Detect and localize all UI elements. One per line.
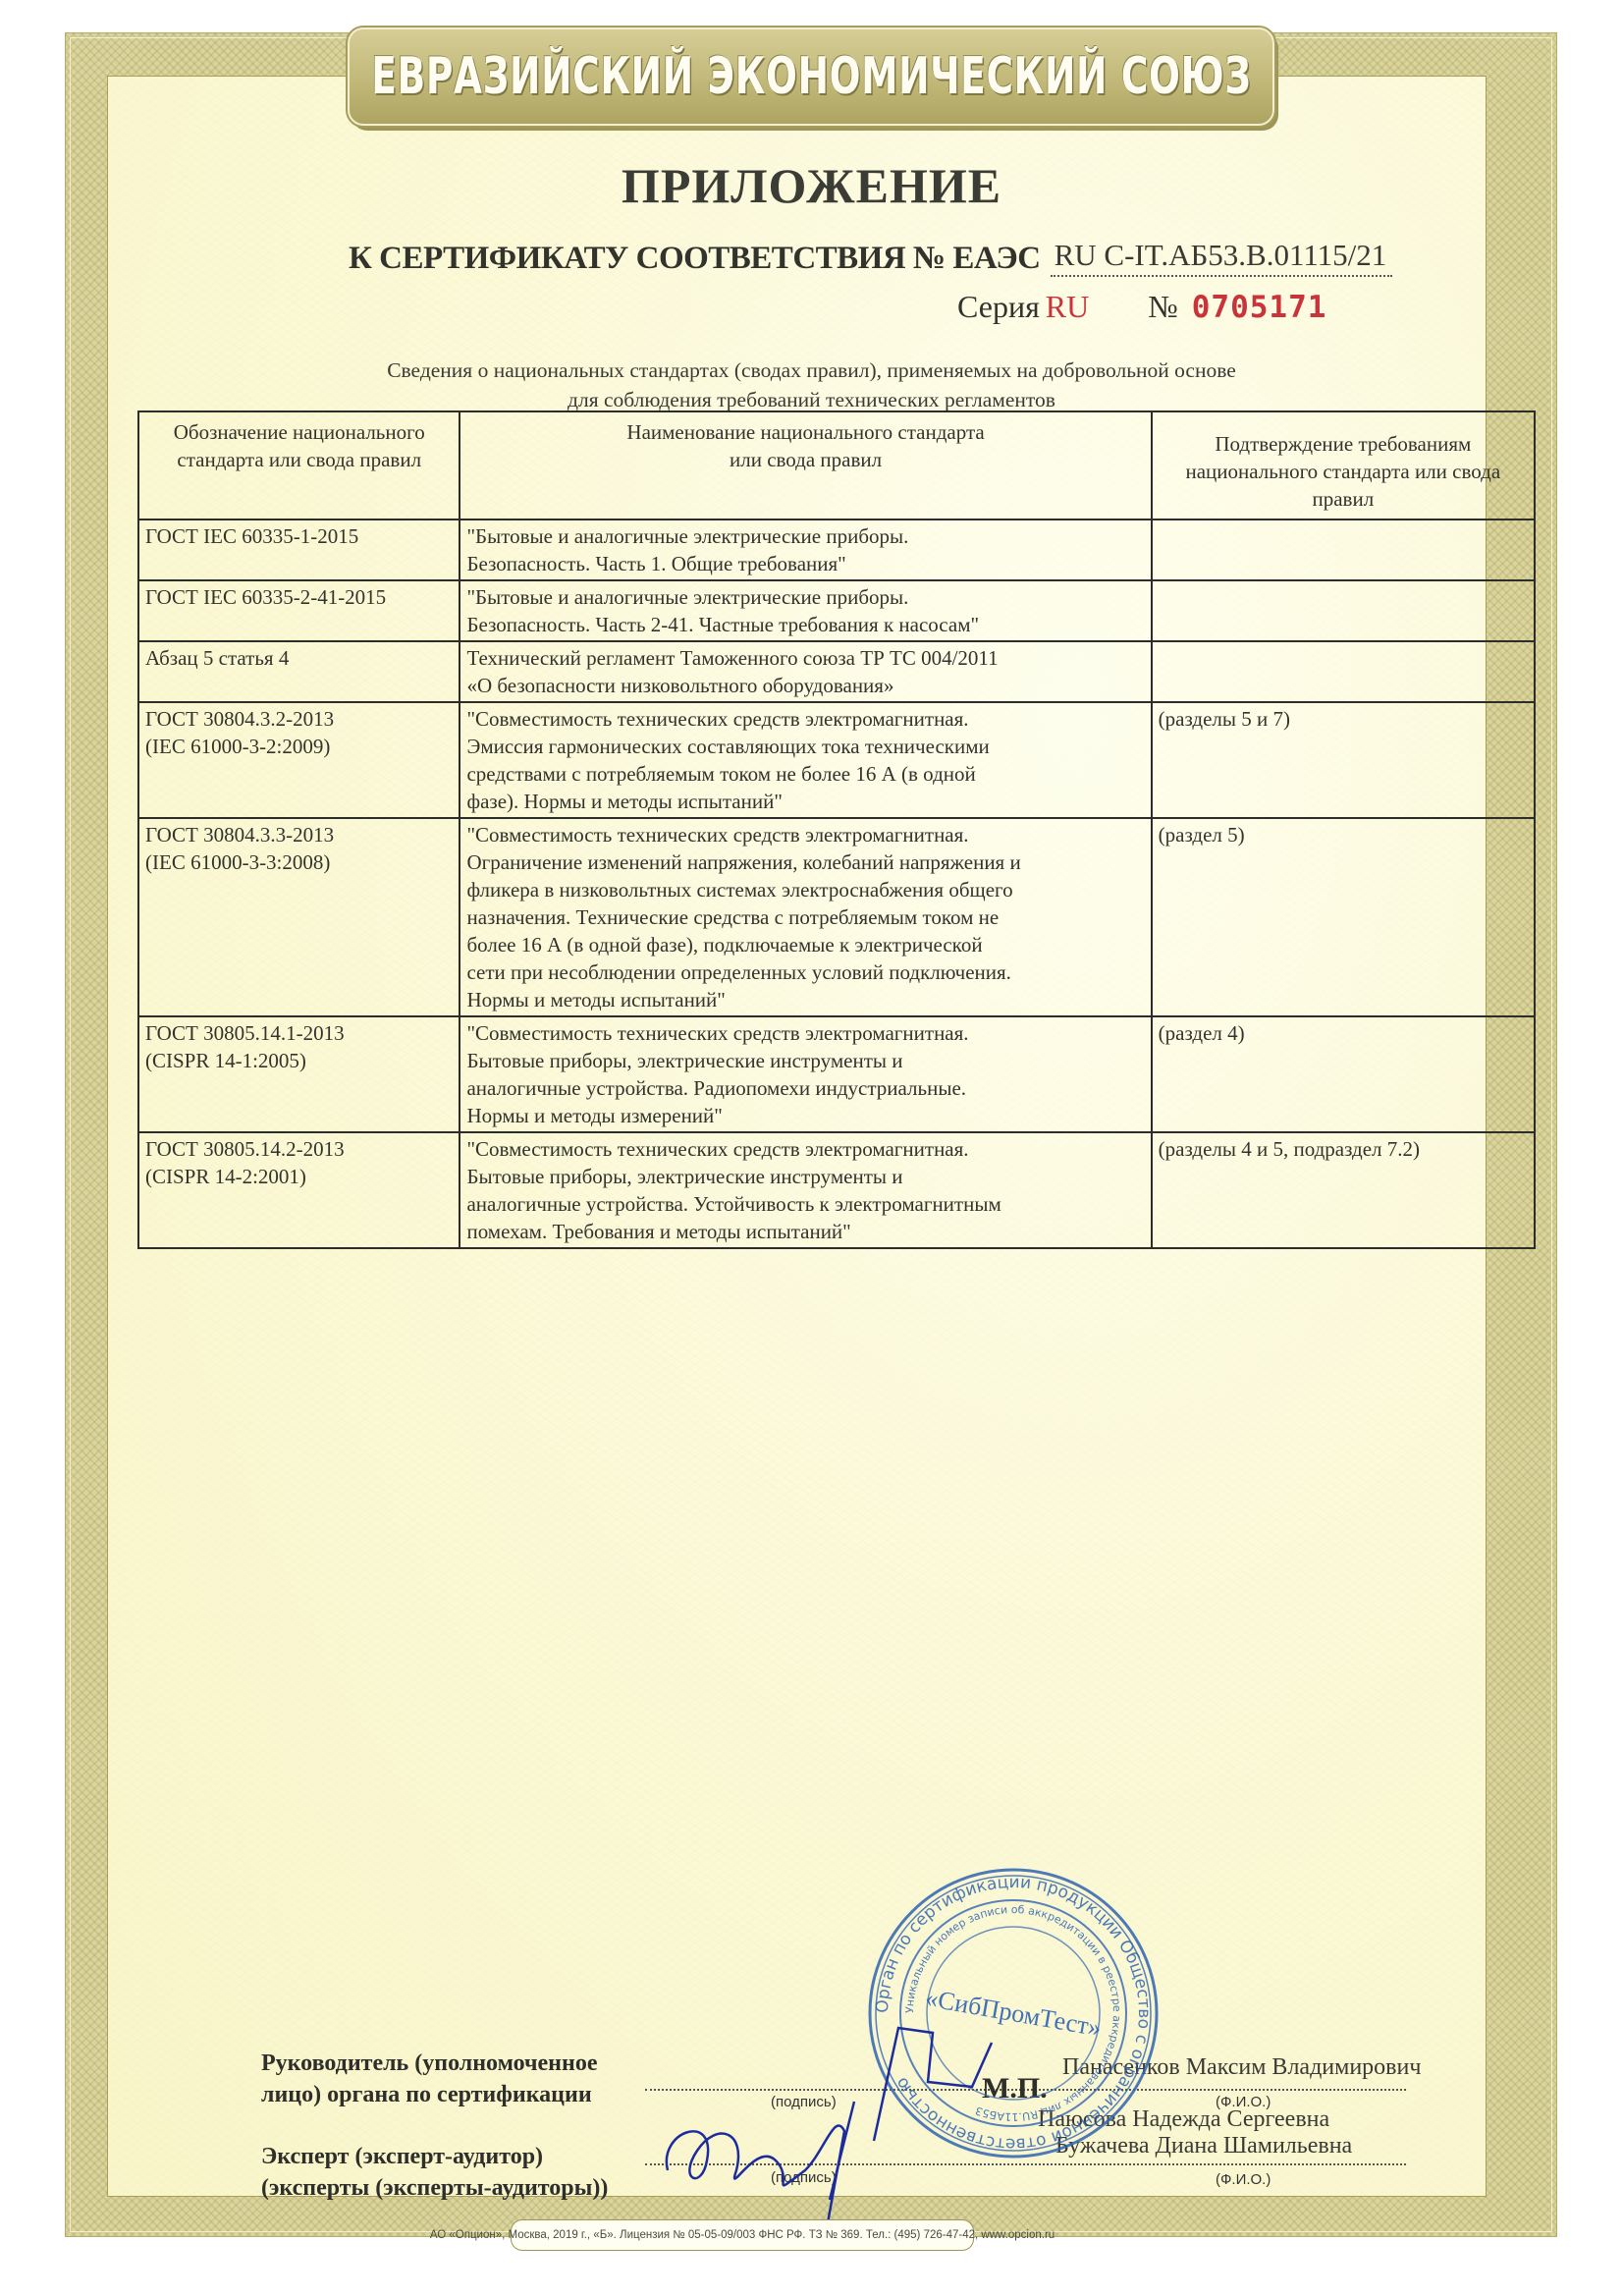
table-row: ГОСТ 30805.14.2-2013(CISPR 14-2:2001)"Со… — [138, 1132, 1535, 1248]
standards-table: Обозначение национального стандарта или … — [137, 410, 1536, 1249]
cell-designation: ГОСТ IEC 60335-1-2015 — [138, 519, 460, 580]
table-header-row: Обозначение национального стандарта или … — [138, 411, 1535, 519]
union-banner: ЕВРАЗИЙСКИЙ ЭКОНОМИЧЕСКИЙ СОЮЗ — [348, 27, 1274, 126]
head-label-line-1: Руководитель (уполномоченное — [261, 2048, 598, 2079]
head-label: Руководитель (уполномоченное лицо) орган… — [261, 2048, 598, 2110]
expert-label-line-2: (эксперты (эксперты-аудиторы)) — [261, 2172, 608, 2204]
number-sign: № — [1148, 289, 1178, 325]
series-value: RU — [1046, 289, 1089, 325]
cell-confirmation: (раздел 5) — [1152, 818, 1535, 1016]
intro-line-1: Сведения о национальных стандартах (свод… — [0, 355, 1623, 385]
series-label: Серия — [957, 289, 1040, 325]
cell-confirmation: (разделы 5 и 7) — [1152, 702, 1535, 818]
cell-confirmation: (разделы 4 и 5, подраздел 7.2) — [1152, 1132, 1535, 1248]
certificate-prefix: К СЕРТИФИКАТУ СООТВЕТСТВИЯ № ЕАЭС — [349, 241, 1041, 277]
table-body: ГОСТ IEC 60335-1-2015"Бытовые и аналогич… — [138, 519, 1535, 1248]
expert-fio-caption: (Ф.И.О.) — [1216, 2171, 1271, 2188]
intro-text: Сведения о национальных стандартах (свод… — [0, 355, 1623, 414]
cell-name: "Бытовые и аналогичные электрические при… — [460, 580, 1151, 641]
expert-label: Эксперт (эксперт-аудитор) (эксперты (экс… — [261, 2141, 608, 2204]
cell-name: "Совместимость технических средств элект… — [460, 1132, 1151, 1248]
table-row: Абзац 5 статья 4Технический регламент Та… — [138, 641, 1535, 702]
table-row: ГОСТ IEC 60335-1-2015"Бытовые и аналогич… — [138, 519, 1535, 580]
cell-confirmation — [1152, 580, 1535, 641]
table-row: ГОСТ IEC 60335-2-41-2015"Бытовые и анало… — [138, 580, 1535, 641]
table-row: ГОСТ 30804.3.3-2013(IEC 61000-3-3:2008)"… — [138, 818, 1535, 1016]
page-title: ПРИЛОЖЕНИЕ — [0, 157, 1623, 214]
cell-name: Технический регламент Таможенного союза … — [460, 641, 1151, 702]
header-name: Наименование национального стандарта или… — [460, 411, 1151, 519]
table-row: ГОСТ 30805.14.1-2013(CISPR 14-1:2005)"Со… — [138, 1016, 1535, 1132]
cell-designation: ГОСТ 30805.14.1-2013(CISPR 14-1:2005) — [138, 1016, 460, 1132]
cell-name: "Бытовые и аналогичные электрические при… — [460, 519, 1151, 580]
expert-signature-icon — [658, 2092, 913, 2239]
cell-confirmation — [1152, 519, 1535, 580]
table-row: ГОСТ 30804.3.2-2013(IEC 61000-3-2:2009)"… — [138, 702, 1535, 818]
series-line: Серия RU № 0705171 — [957, 289, 1326, 325]
header-designation: Обозначение национального стандарта или … — [138, 411, 460, 519]
cell-name: "Совместимость технических средств элект… — [460, 1016, 1151, 1132]
cell-designation: ГОСТ 30804.3.2-2013(IEC 61000-3-2:2009) — [138, 702, 460, 818]
certificate-line: К СЕРТИФИКАТУ СООТВЕТСТВИЯ № ЕАЭС RU C-I… — [349, 238, 1392, 277]
cell-confirmation: (раздел 4) — [1152, 1016, 1535, 1132]
cell-confirmation — [1152, 641, 1535, 702]
printer-note: АО «Опцион», Москва, 2019 г., «Б». Лицен… — [511, 2219, 974, 2251]
cell-designation: ГОСТ 30805.14.2-2013(CISPR 14-2:2001) — [138, 1132, 460, 1248]
cell-designation: ГОСТ IEC 60335-2-41-2015 — [138, 580, 460, 641]
blank-number: 0705171 — [1192, 290, 1327, 325]
union-banner-text: ЕВРАЗИЙСКИЙ ЭКОНОМИЧЕСКИЙ СОЮЗ — [371, 47, 1251, 106]
expert-label-line-1: Эксперт (эксперт-аудитор) — [261, 2141, 608, 2172]
head-label-line-2: лицо) органа по сертификации — [261, 2079, 598, 2110]
cell-name: "Совместимость технических средств элект… — [460, 818, 1151, 1016]
cell-name: "Совместимость технических средств элект… — [460, 702, 1151, 818]
certificate-number: RU C-IT.АБ53.В.01115/21 — [1051, 238, 1393, 277]
header-confirmation: Подтверждение требованиям национального … — [1152, 411, 1535, 519]
cell-designation: Абзац 5 статья 4 — [138, 641, 460, 702]
cell-designation: ГОСТ 30804.3.3-2013(IEC 61000-3-3:2008) — [138, 818, 460, 1016]
